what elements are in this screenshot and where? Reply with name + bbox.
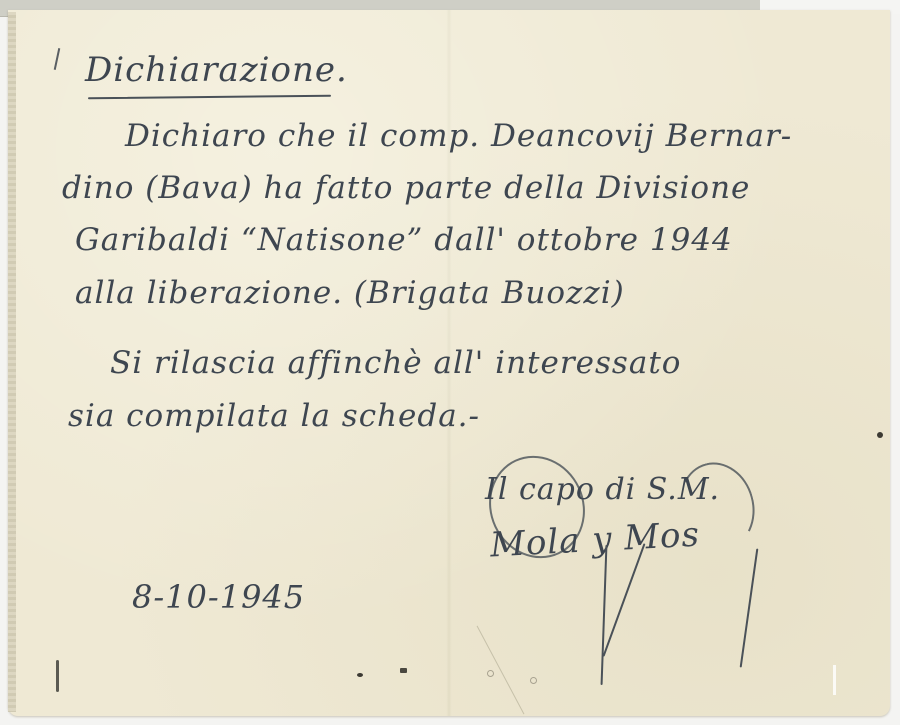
- body-line-4: alla liberazione. (Brigata Buozzi): [75, 275, 625, 311]
- document-title: Dichiarazione.: [85, 50, 348, 90]
- ink-speck: [877, 432, 883, 438]
- paper-blemish: [487, 670, 494, 677]
- body-line-3: Garibaldi “Natisone” dall' ottobre 1944: [75, 222, 733, 258]
- body-line-1: Dichiaro che il comp. Deancovij Bernar-: [125, 118, 792, 154]
- paper-tear: [833, 665, 836, 695]
- body-line-6: sia compilata la scheda.-: [68, 398, 480, 434]
- ink-speck: [400, 668, 407, 673]
- document-date: 8-10-1945: [132, 578, 305, 616]
- signatory-role: Il capo di S.M.: [485, 472, 720, 507]
- margin-mark: [56, 660, 59, 692]
- body-line-5: Si rilascia affinchè all' interessato: [110, 345, 681, 381]
- paper-blemish: [530, 677, 537, 684]
- perforated-edge: [8, 12, 16, 712]
- body-line-2: dino (Bava) ha fatto parte della Divisio…: [62, 170, 750, 206]
- ink-speck: [357, 673, 363, 677]
